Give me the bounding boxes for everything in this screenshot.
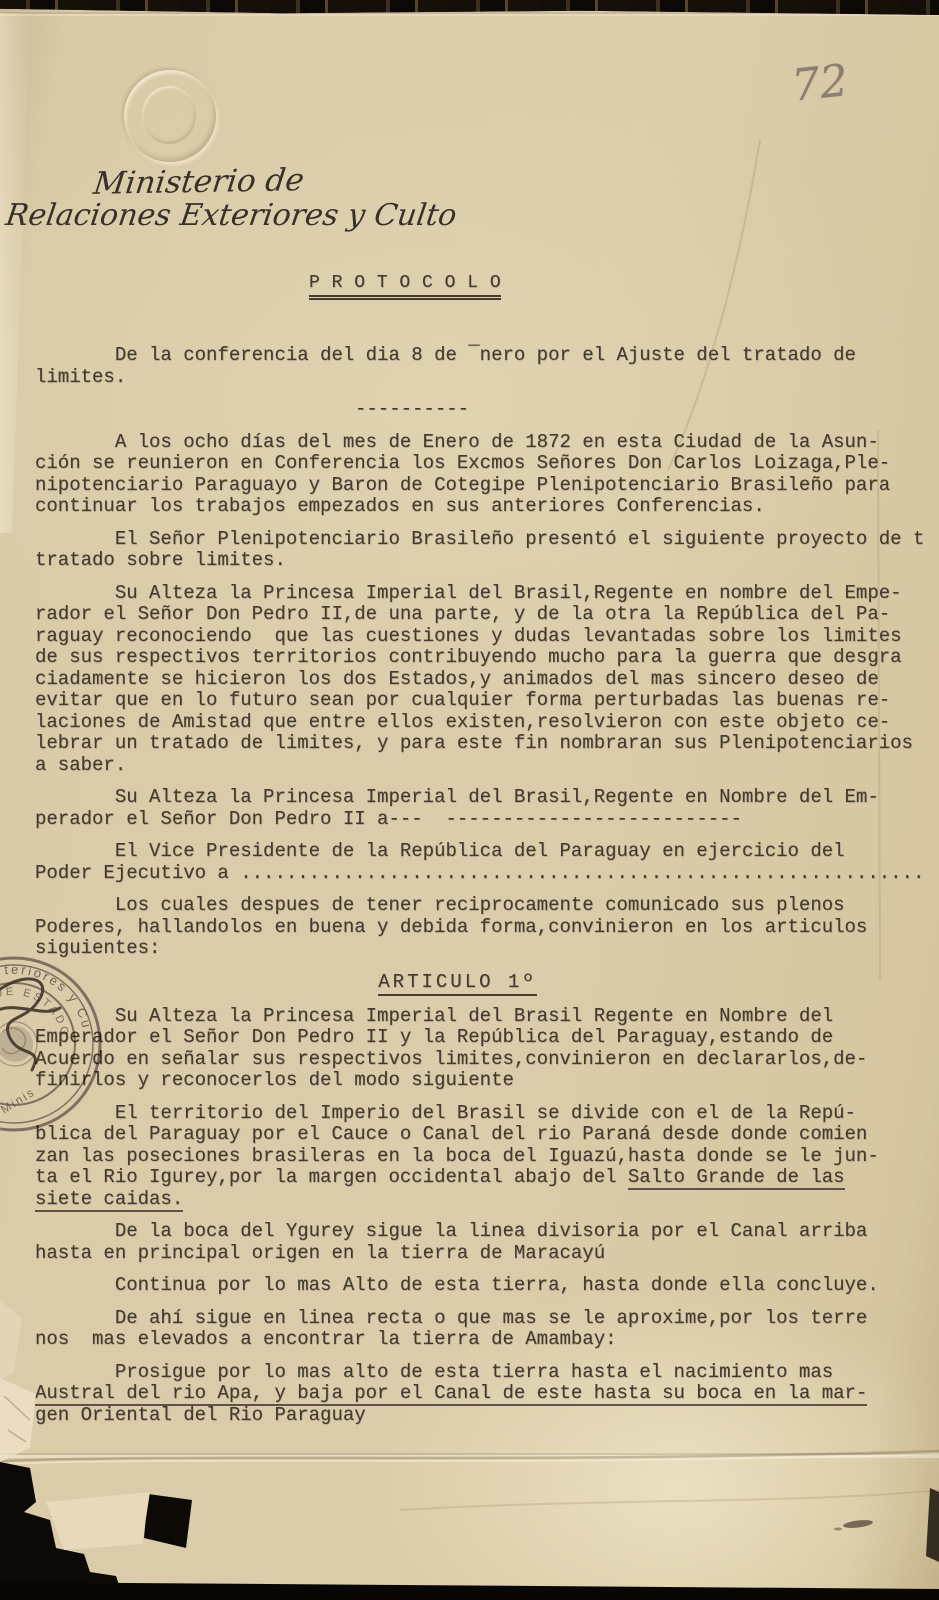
document-body: De la conferencia del dia 8 de ¯nero por… [35, 345, 932, 1437]
letterhead-line2: Relaciones Exteriores y Culto [4, 198, 459, 233]
paragraph-ygurey: De la boca del Ygurey sigue la linea div… [35, 1221, 932, 1264]
separator-dashes: ---------- [35, 399, 932, 421]
paragraph-continua: Continua por lo mas Alto de esta tierra,… [35, 1275, 932, 1297]
document-title: P R O T O C O L O [309, 273, 501, 300]
pen-underlined-text: Salto Grande de las [628, 1166, 845, 1190]
paragraph-opening: A los ocho días del mes de Enero de 1872… [35, 432, 932, 518]
paragraph-preamble: Su Alteza la Princesa Imperial del Brasi… [35, 583, 932, 777]
paragraph-subject: De la conferencia del dia 8 de ¯nero por… [35, 345, 932, 388]
letterhead-line1: Ministerio de [92, 162, 307, 202]
article-1-heading: ARTICULO 1º [9, 971, 906, 993]
paragraph-amambay: De ahí sigue en linea recta o que mas se… [35, 1308, 932, 1351]
pen-underlined-text: Austral del rio Apa, y baja por el Canal… [35, 1382, 867, 1406]
paragraph-paraguay-plenipotentiary: El Vice Presidente de la República del P… [35, 841, 932, 884]
pen-underlined-text: siete caidas. [35, 1188, 183, 1212]
embossed-seal-icon [124, 70, 216, 162]
paragraph-article1-boundary: El territorio del Imperio del Brasil se … [35, 1103, 932, 1211]
paragraph-brazil-plenipotentiary: Su Alteza la Princesa Imperial del Brasi… [35, 787, 932, 830]
paragraph-powers: Los cuales despues de tener reciprocamen… [35, 895, 932, 960]
ministry-ink-stamp-icon: teriores y Cu DE ESTADO Minis [0, 952, 120, 1140]
paragraph-presentation: El Señor Plenipotenciario Brasileño pres… [35, 529, 932, 572]
svg-text:Minis: Minis [0, 1085, 38, 1117]
pencil-folio-number: 72 [789, 55, 850, 112]
paragraph-rio-apa: Prosigue por lo mas alto de esta tierra … [35, 1362, 932, 1427]
paragraph-article1-agreement: Su Alteza la Princesa Imperial del Brasi… [35, 1006, 932, 1092]
scanned-document-page: Ministerio de Relaciones Exteriores y Cu… [0, 0, 939, 1600]
